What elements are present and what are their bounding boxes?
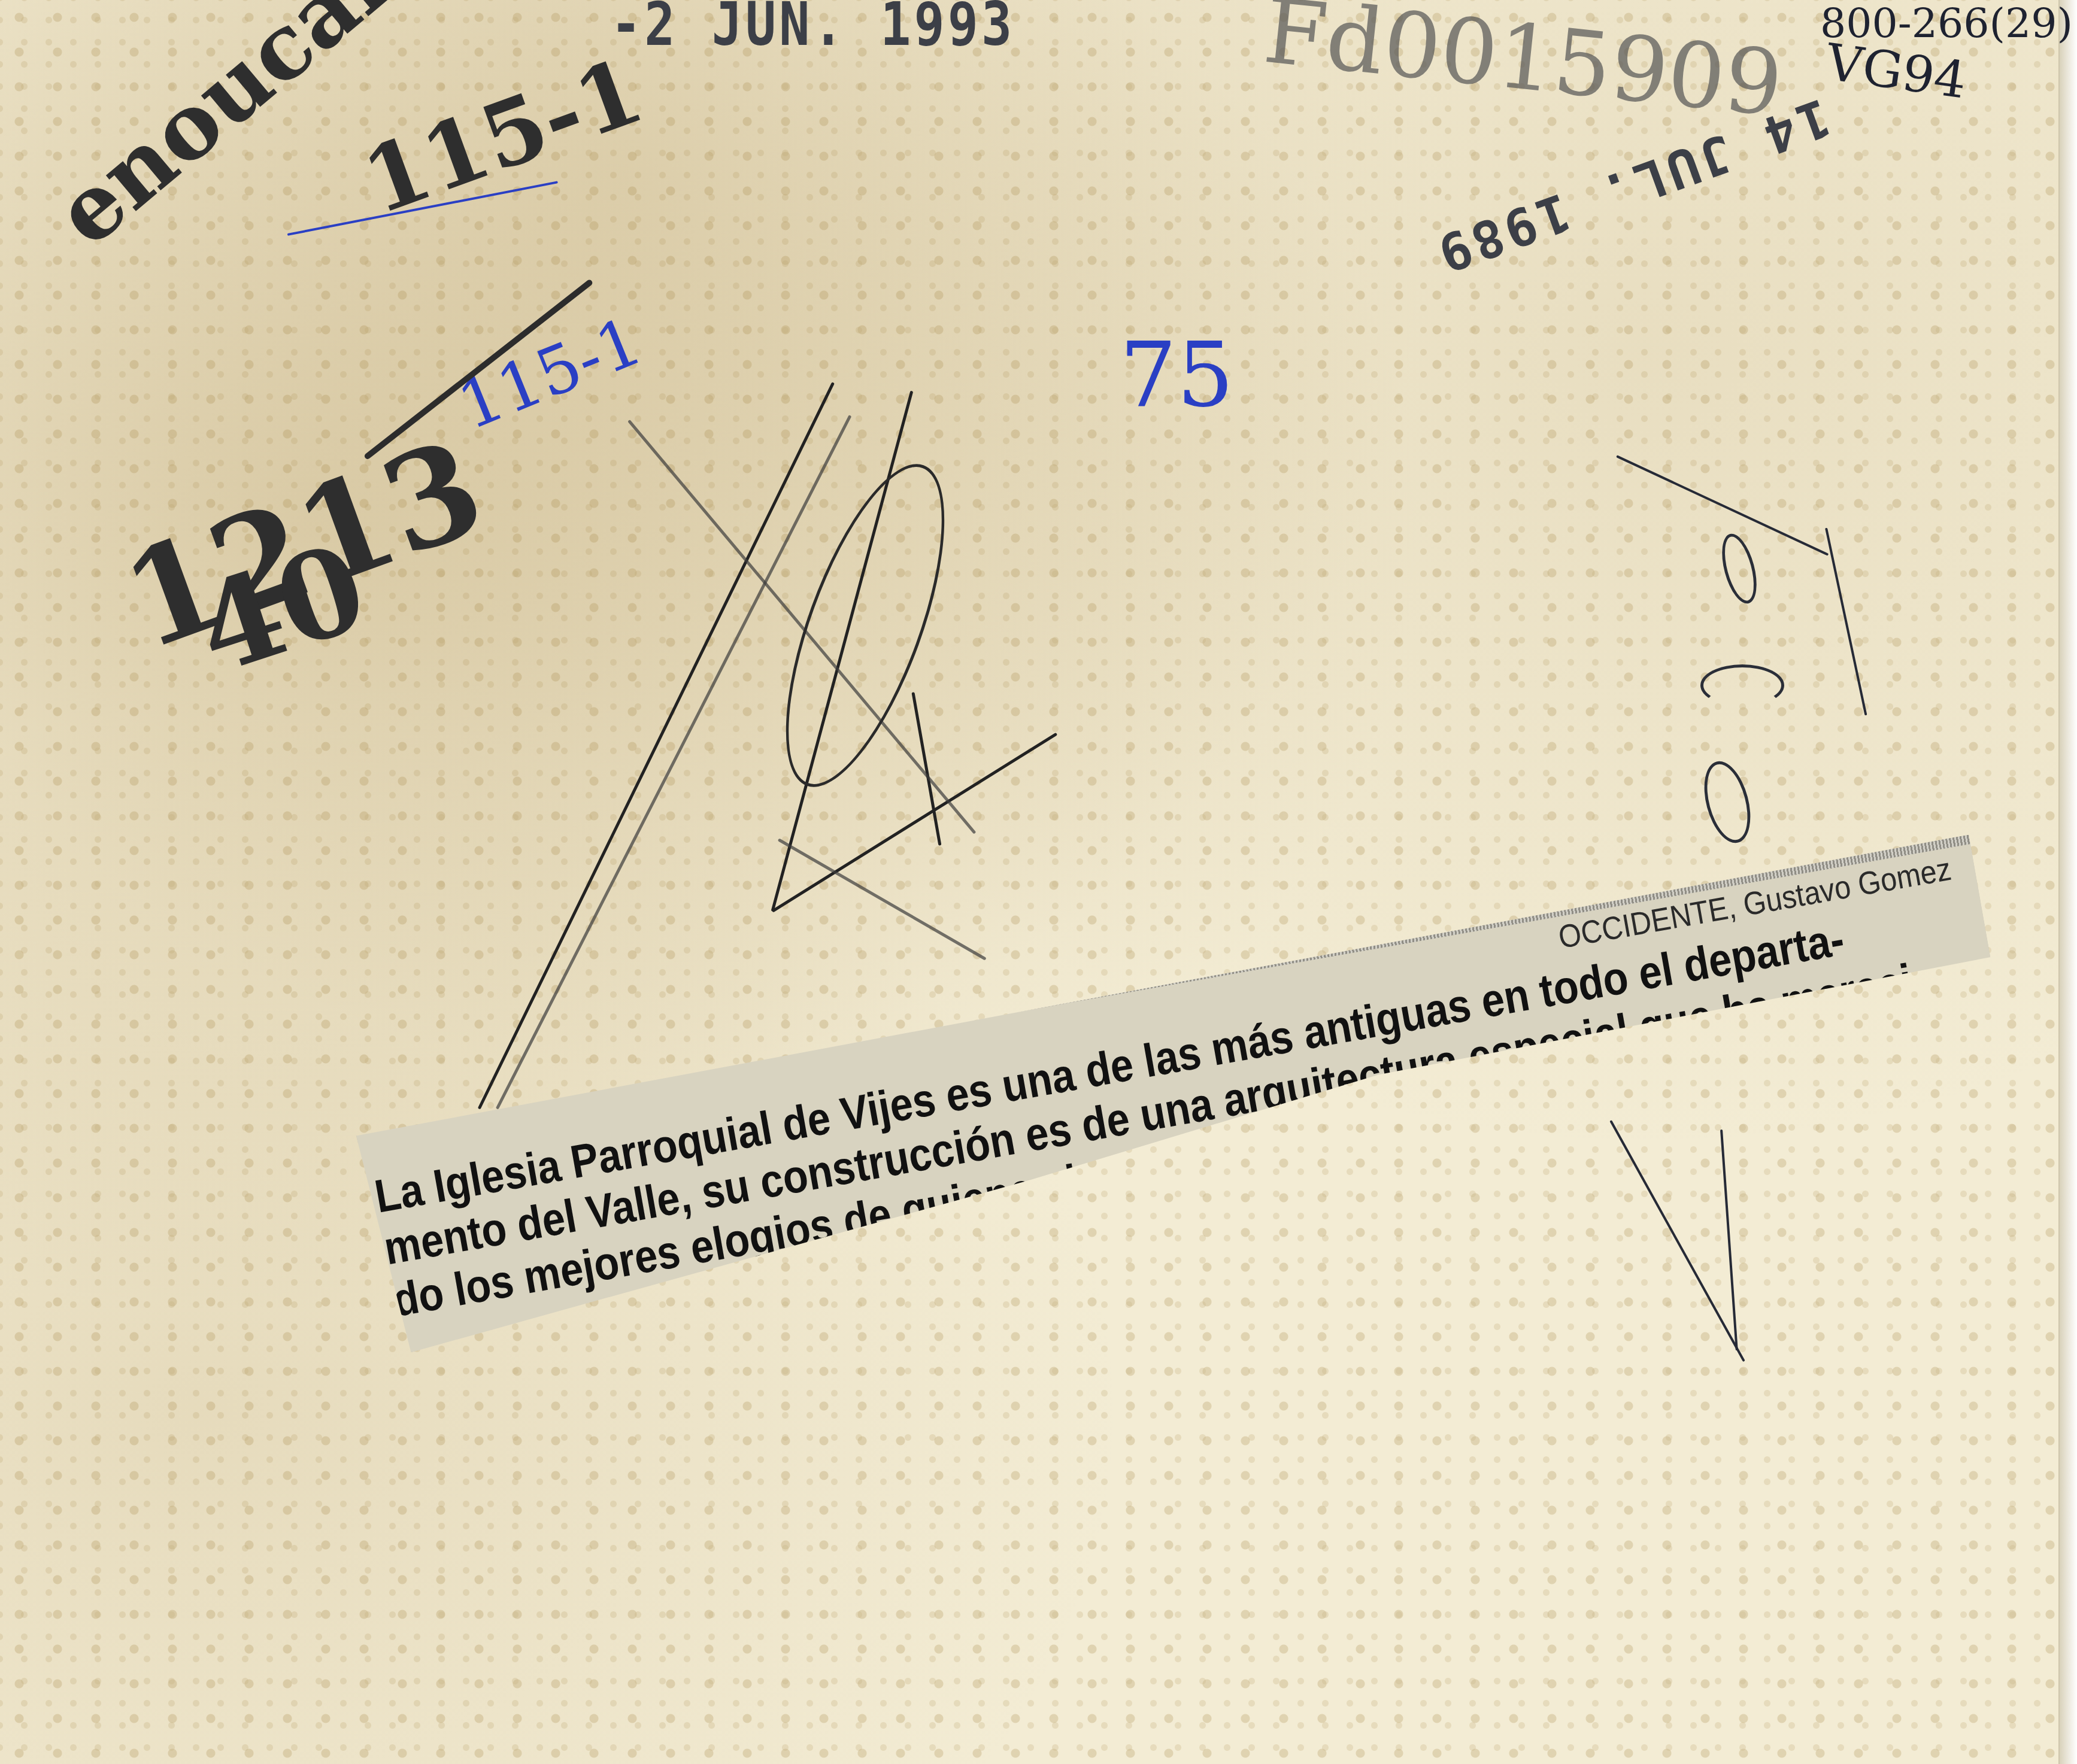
date-stamp-top: -2 JUN. 1993 xyxy=(611,0,1015,59)
blue-ink-number-75: 75 xyxy=(1120,323,1234,427)
scan-edge xyxy=(2058,0,2077,1764)
pen-signature-loop xyxy=(1700,664,1784,706)
